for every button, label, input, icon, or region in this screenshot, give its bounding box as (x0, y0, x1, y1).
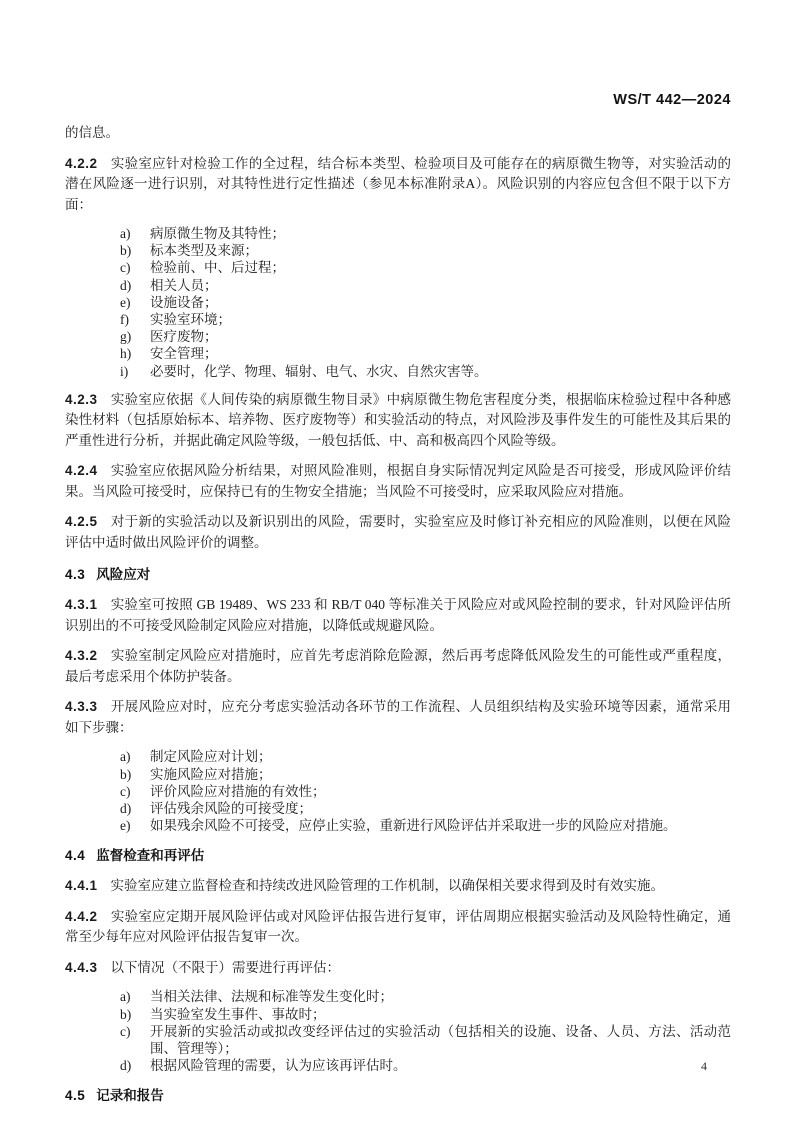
list-item: e)设施设备； (65, 294, 731, 311)
heading-number: 4.5 (65, 1088, 85, 1103)
list-marker: e) (120, 294, 150, 311)
clause-text: 实验室应建立监督检查和持续改进风险管理的工作机制，以确保相关要求得到及时有效实施… (111, 878, 665, 893)
list-text: 必要时，化学、物理、辐射、电气、水灾、自然灾害等。 (150, 363, 731, 380)
list-marker: f) (120, 311, 150, 328)
list-4-3-3: a)制定风险应对计划； b)实施风险应对措施； c)评价风险应对措施的有效性； … (65, 748, 731, 834)
list-text: 根据风险管理的需要，认为应该再评估时。 (150, 1057, 731, 1074)
list-item: d)根据风险管理的需要，认为应该再评估时。 (65, 1057, 731, 1074)
list-item: h)安全管理； (65, 345, 731, 362)
clause-number: 4.3.1 (65, 597, 98, 612)
clause-text: 实验室应定期开展风险评估或对风险评估报告进行复审，评估周期应根据实验活动及风险特… (65, 909, 731, 945)
heading-number: 4.3 (65, 567, 85, 582)
list-text: 实施风险应对措施； (150, 766, 731, 783)
clause-text: 实验室应依据《人间传染的病原微生物目录》中病原微生物危害程度分类，根据临床检验过… (65, 392, 731, 448)
list-item: b)当实验室发生事件、事故时； (65, 1006, 731, 1023)
document-content: 的信息。 4.2.2实验室应针对检验工作的全过程，结合标本类型、检验项目及可能存… (65, 123, 731, 1116)
doc-number: WS/T 442—2024 (613, 92, 731, 108)
list-marker: a) (120, 225, 150, 242)
list-item: c)评价风险应对措施的有效性； (65, 783, 731, 800)
list-marker: i) (120, 363, 150, 380)
list-text: 检验前、中、后过程； (150, 259, 731, 276)
list-text: 病原微生物及其特性； (150, 225, 731, 242)
list-item: a)当相关法律、法规和标准等发生变化时； (65, 988, 731, 1005)
clause-number: 4.2.3 (65, 392, 98, 407)
clause-text: 对于新的实验活动以及新识别出的风险，需要时，实验室应及时修订补充相应的风险准则，… (65, 514, 731, 550)
list-text: 制定风险应对计划； (150, 748, 731, 765)
list-item: c)开展新的实验活动或拟改变经评估过的实验活动（包括相关的设施、设备、人员、方法… (65, 1023, 731, 1057)
list-item: a)病原微生物及其特性； (65, 225, 731, 242)
list-item: b)实施风险应对措施； (65, 766, 731, 783)
clause-text: 实验室应依据风险分析结果，对照风险准则，根据自身实际情况判定风险是否可接受，形成… (65, 463, 731, 499)
heading-title: 风险应对 (96, 567, 150, 582)
heading-4-4: 4.4监督检查和再评估 (65, 847, 731, 865)
list-text: 评估残余风险的可接受度； (150, 800, 731, 817)
clause-number: 4.3.3 (65, 699, 98, 714)
document-page: WS/T 442—2024 的信息。 4.2.2实验室应针对检验工作的全过程，结… (0, 0, 793, 1122)
list-text: 标本类型及来源； (150, 242, 731, 259)
list-text: 评价风险应对措施的有效性； (150, 783, 731, 800)
clause-number: 4.2.2 (65, 156, 98, 171)
heading-4-3: 4.3风险应对 (65, 566, 731, 584)
clause-4-4-1: 4.4.1实验室应建立监督检查和持续改进风险管理的工作机制，以确保相关要求得到及… (65, 876, 731, 897)
heading-number: 4.4 (65, 848, 85, 863)
list-item: d)评估残余风险的可接受度； (65, 800, 731, 817)
list-marker: c) (120, 783, 150, 800)
list-marker: d) (120, 1057, 150, 1074)
heading-4-5: 4.5记录和报告 (65, 1087, 731, 1105)
list-item: i)必要时，化学、物理、辐射、电气、水灾、自然灾害等。 (65, 363, 731, 380)
list-item: f)实验室环境； (65, 311, 731, 328)
clause-text: 实验室可按照 GB 19489、WS 233 和 RB/T 040 等标准关于风… (65, 597, 731, 633)
list-marker: c) (120, 259, 150, 276)
clause-text: 以下情况（不限于）需要进行再评估： (111, 960, 341, 975)
list-marker: g) (120, 328, 150, 345)
list-marker: b) (120, 1006, 150, 1023)
list-text: 如果残余风险不可接受，应停止实验，重新进行风险评估并采取进一步的风险应对措施。 (150, 817, 731, 834)
clause-text: 实验室应针对检验工作的全过程，结合标本类型、检验项目及可能存在的病原微生物等，对… (65, 156, 731, 212)
clause-number: 4.2.4 (65, 463, 98, 478)
list-marker: a) (120, 988, 150, 1005)
list-text: 开展新的实验活动或拟改变经评估过的实验活动（包括相关的设施、设备、人员、方法、活… (150, 1023, 731, 1057)
list-marker: a) (120, 748, 150, 765)
clause-4-4-2: 4.4.2实验室应定期开展风险评估或对风险评估报告进行复审，评估周期应根据实验活… (65, 907, 731, 948)
list-item: e)如果残余风险不可接受，应停止实验，重新进行风险评估并采取进一步的风险应对措施… (65, 817, 731, 834)
list-marker: b) (120, 766, 150, 783)
clause-number: 4.4.1 (65, 878, 98, 893)
clause-4-2-5: 4.2.5对于新的实验活动以及新识别出的风险，需要时，实验室应及时修订补充相应的… (65, 512, 731, 553)
clause-4-3-3: 4.3.3开展风险应对时，应充分考虑实验活动各环节的工作流程、人员组织结构及实验… (65, 697, 731, 738)
clause-4-3-1: 4.3.1实验室可按照 GB 19489、WS 233 和 RB/T 040 等… (65, 595, 731, 636)
list-text: 当相关法律、法规和标准等发生变化时； (150, 988, 731, 1005)
list-marker: e) (120, 817, 150, 834)
list-4-2-2: a)病原微生物及其特性； b)标本类型及来源； c)检验前、中、后过程； d)相… (65, 225, 731, 380)
list-item: d)相关人员； (65, 277, 731, 294)
list-text: 安全管理； (150, 345, 731, 362)
list-text: 当实验室发生事件、事故时； (150, 1006, 731, 1023)
list-text: 相关人员； (150, 277, 731, 294)
list-marker: h) (120, 345, 150, 362)
clause-4-3-2: 4.3.2实验室制定风险应对措施时，应首先考虑消除危险源，然后再考虑降低风险发生… (65, 646, 731, 687)
list-text: 实验室环境； (150, 311, 731, 328)
clause-number: 4.4.3 (65, 960, 98, 975)
heading-title: 监督检查和再评估 (96, 848, 204, 863)
list-text: 医疗废物； (150, 328, 731, 345)
list-marker: c) (120, 1023, 150, 1057)
page-header: WS/T 442—2024 (613, 92, 731, 108)
clause-4-2-3: 4.2.3实验室应依据《人间传染的病原微生物目录》中病原微生物危害程度分类，根据… (65, 390, 731, 452)
list-item: c)检验前、中、后过程； (65, 259, 731, 276)
clause-4-2-2: 4.2.2实验室应针对检验工作的全过程，结合标本类型、检验项目及可能存在的病原微… (65, 154, 731, 216)
list-item: g)医疗废物； (65, 328, 731, 345)
clause-text: 实验室制定风险应对措施时，应首先考虑消除危险源，然后再考虑降低风险发生的可能性或… (65, 648, 731, 684)
clause-number: 4.4.2 (65, 909, 98, 924)
clause-number: 4.3.2 (65, 648, 98, 663)
clause-number: 4.2.5 (65, 514, 98, 529)
paragraph-continuation: 的信息。 (65, 123, 731, 144)
clause-4-2-4: 4.2.4实验室应依据风险分析结果，对照风险准则，根据自身实际情况判定风险是否可… (65, 461, 731, 502)
page-number: 4 (701, 1059, 707, 1074)
list-text: 设施设备； (150, 294, 731, 311)
list-marker: b) (120, 242, 150, 259)
clause-text: 开展风险应对时，应充分考虑实验活动各环节的工作流程、人员组织结构及实验环境等因素… (65, 699, 731, 735)
heading-title: 记录和报告 (96, 1088, 164, 1103)
list-marker: d) (120, 277, 150, 294)
list-4-4-3: a)当相关法律、法规和标准等发生变化时； b)当实验室发生事件、事故时； c)开… (65, 988, 731, 1074)
list-item: b)标本类型及来源； (65, 242, 731, 259)
list-marker: d) (120, 800, 150, 817)
list-item: a)制定风险应对计划； (65, 748, 731, 765)
clause-4-4-3: 4.4.3以下情况（不限于）需要进行再评估： (65, 958, 731, 979)
